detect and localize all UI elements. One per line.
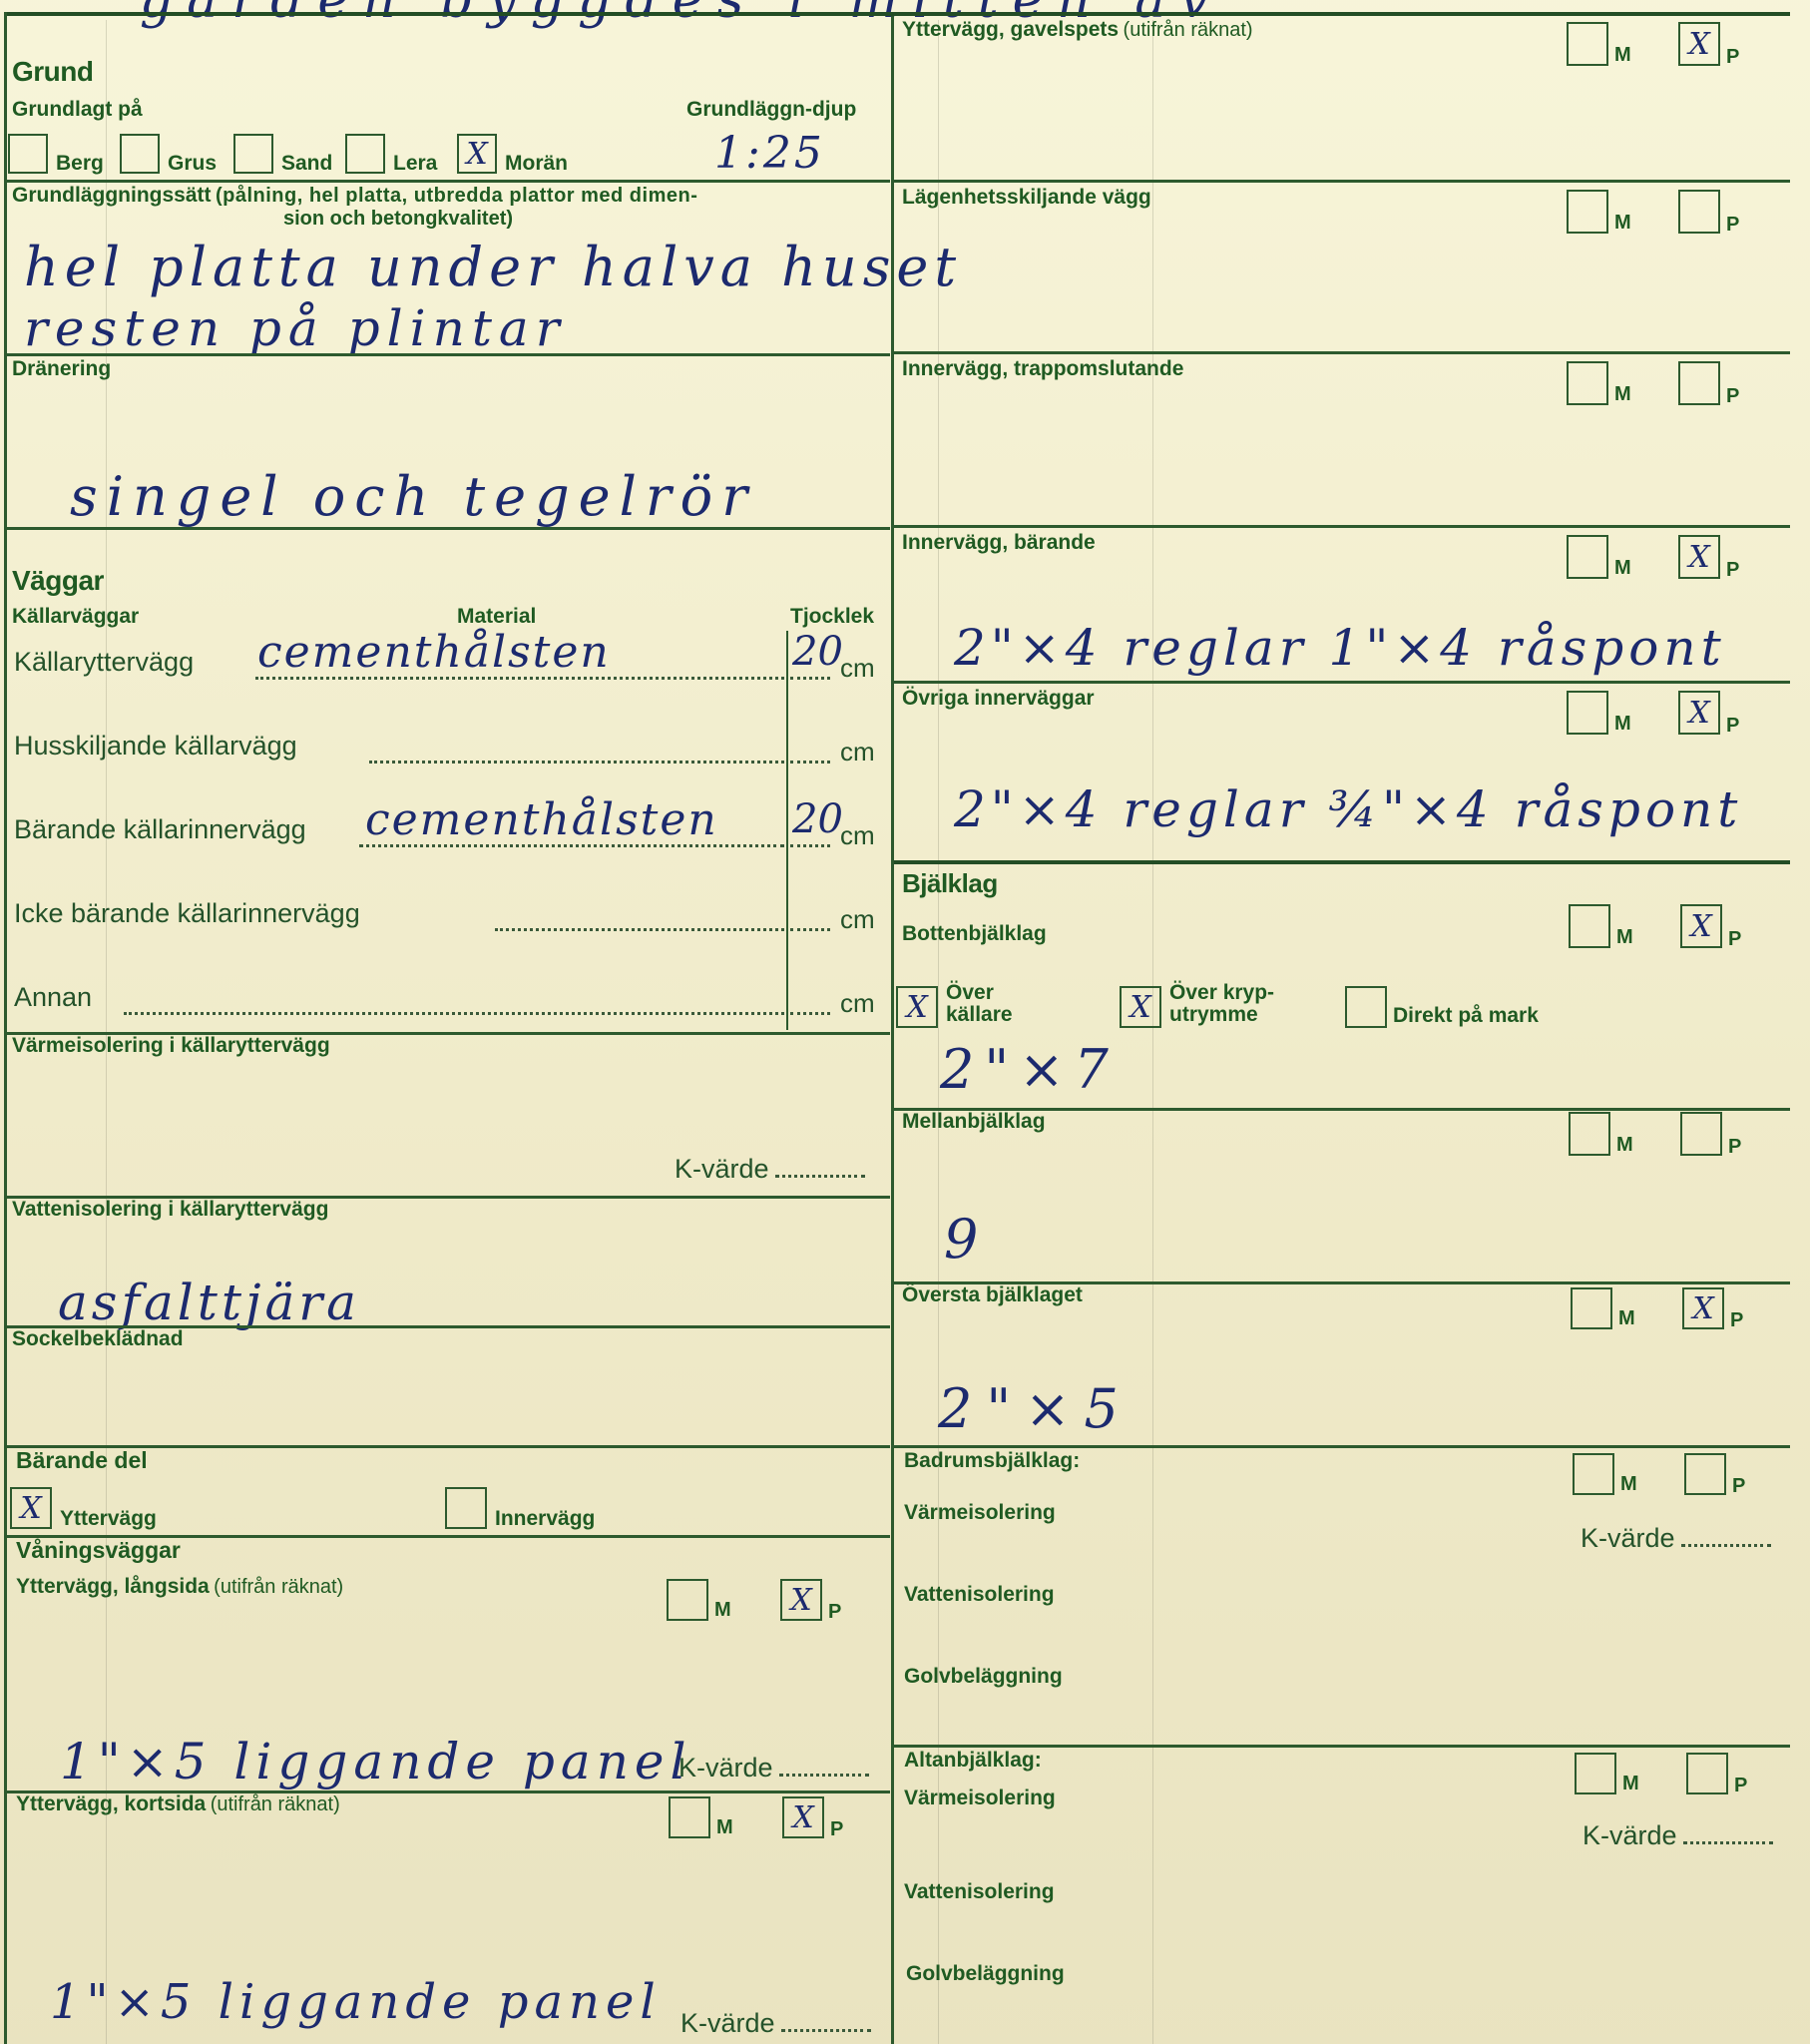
thickness-field[interactable]	[790, 677, 830, 680]
oversta-value[interactable]: 2"×5	[938, 1377, 1132, 1440]
tjocklek-header: Tjocklek	[790, 605, 874, 629]
option-label-grus: Grus	[168, 152, 217, 176]
mellanbjalklag-value[interactable]: 9	[944, 1208, 981, 1271]
rule	[894, 860, 1790, 864]
faint-guide	[938, 20, 939, 2044]
row-label: Icke bärande källarinnervägg	[14, 898, 360, 929]
varmeisolering-label: Värmeisolering i källaryttervägg	[12, 1034, 330, 1058]
faint-guide	[1152, 20, 1153, 2044]
label-bold: Innervägg, bärande	[902, 531, 1096, 554]
p-letter: P	[1726, 559, 1739, 582]
p-letter: P	[1728, 1136, 1741, 1159]
m-letter: M	[1618, 1307, 1635, 1330]
thickness-field[interactable]	[790, 928, 830, 931]
m-letter: M	[1614, 383, 1631, 406]
left-border	[4, 12, 7, 2044]
option-label-lera: Lera	[393, 152, 437, 176]
badrum-varme-label: Värmeisolering	[904, 1501, 1056, 1525]
material-field[interactable]	[124, 1012, 784, 1015]
grundlaggningssatt-label: Grundläggningssätt (pålning, hel platta,…	[12, 184, 886, 231]
barande-del-title: Bärande del	[16, 1447, 148, 1474]
section-value[interactable]: 2"×4 reglar ¾"×4 råspont	[954, 780, 1742, 838]
k-varde-field[interactable]: K-värde	[680, 2008, 871, 2039]
unit-cm: cm	[840, 904, 875, 935]
label-bold: Innervägg, trappomslutande	[902, 357, 1183, 380]
thickness-field[interactable]	[790, 844, 830, 847]
tjocklek-divider	[786, 631, 788, 1030]
p-letter: P	[1730, 1309, 1743, 1332]
label-bold: Yttervägg, gavelspets	[902, 18, 1119, 41]
checkbox-m[interactable]	[1567, 190, 1608, 234]
bottenbjalklag-value[interactable]: 2"×7	[940, 1038, 1119, 1101]
checkbox-mellan-p[interactable]	[1680, 1112, 1722, 1156]
kortsida-value[interactable]: 1"×5 liggande panel	[50, 1974, 662, 2030]
checkbox-kortsida-p[interactable]: X	[782, 1796, 824, 1838]
dranering-label: Dränering	[12, 357, 111, 381]
checkbox-badrum-p[interactable]	[1684, 1453, 1726, 1495]
label-bold: Yttervägg, långsida	[16, 1575, 210, 1598]
option-over-kryp: Över kryp- utrymme	[1169, 982, 1274, 1026]
line1: Över kryp-	[1169, 982, 1274, 1004]
checkbox-over-kallare[interactable]: X	[896, 986, 938, 1028]
label-bold: Övriga innerväggar	[902, 687, 1095, 710]
p-letter: P	[1728, 928, 1741, 951]
unit-cm: cm	[840, 988, 875, 1019]
vattenisolering-label: Vattenisolering i källaryttervägg	[12, 1198, 328, 1222]
label-bold: Lägenhetsskiljande vägg	[902, 186, 1151, 209]
rule	[894, 1445, 1790, 1448]
altan-vatten-label: Vattenisolering	[904, 1880, 1055, 1904]
checkbox-m[interactable]	[1567, 535, 1608, 579]
column-divider	[891, 16, 894, 2044]
k-varde-label: K-värde	[1583, 1820, 1677, 1850]
line2: utrymme	[1169, 1004, 1274, 1026]
altan-golv-label: Golvbeläggning	[906, 1962, 1065, 1986]
k-varde-field[interactable]: K-värde	[1583, 1820, 1773, 1851]
langsida-value[interactable]: 1"×5 liggande panel	[60, 1733, 692, 1790]
section-label: Innervägg, bärande	[902, 531, 1096, 555]
k-varde-label: K-värde	[679, 1753, 773, 1783]
k-varde-label: K-värde	[680, 2008, 775, 2038]
material-value[interactable]: cementhålsten	[257, 627, 611, 678]
m-letter: M	[1616, 1134, 1633, 1157]
kallarvaggar-label: Källarväggar	[12, 605, 139, 629]
vaningsvaggar-title: Våningsväggar	[16, 1537, 181, 1564]
checkbox-m[interactable]	[1567, 22, 1608, 66]
m-letter: M	[1614, 44, 1631, 67]
option-label-inner: Innervägg	[495, 1507, 595, 1531]
row-label: Husskiljande källarvägg	[14, 731, 297, 762]
unit-cm: cm	[840, 820, 875, 851]
p-letter: P	[1726, 46, 1739, 69]
material-header: Material	[457, 605, 536, 629]
checkbox-p[interactable]: X	[1678, 22, 1720, 66]
grundlaggningssatt-value-2[interactable]: resten på plintar	[24, 299, 567, 357]
label-hint: (pålning, hel platta, utbredda plattor m…	[216, 185, 697, 207]
m-letter: M	[1614, 713, 1631, 736]
altan-varme-label: Värmeisolering	[904, 1787, 1056, 1810]
section-label: Övriga innerväggar	[902, 687, 1095, 711]
option-over-kallare: Över källare	[946, 982, 1013, 1026]
checkbox-p[interactable]: X	[1678, 535, 1720, 579]
line1: Över	[946, 982, 1013, 1004]
checkbox-over-kryp[interactable]: X	[1120, 986, 1161, 1028]
p-letter: P	[828, 1601, 841, 1624]
checkbox-p[interactable]	[1678, 190, 1720, 234]
row-label: Källaryttervägg	[14, 647, 194, 678]
section-label: Innervägg, trappomslutande	[902, 357, 1183, 381]
label-hint: (utifrån räknat)	[214, 1576, 343, 1598]
label-hint: (utifrån räknat)	[1124, 19, 1253, 41]
top-rule	[6, 12, 1790, 16]
k-varde-field[interactable]: K-värde	[679, 1753, 869, 1784]
section-title-bjalklag: Bjälklag	[902, 868, 998, 899]
checkbox-berg[interactable]	[8, 134, 48, 174]
bottenbjalklag-label: Bottenbjälklag	[902, 922, 1047, 946]
checkbox-p[interactable]: X	[1678, 691, 1720, 735]
p-letter: P	[830, 1818, 843, 1841]
checkbox-altan-m[interactable]	[1575, 1753, 1616, 1794]
m-letter: M	[716, 1816, 733, 1839]
oversta-label: Översta bjälklaget	[902, 1283, 1083, 1307]
thickness-field[interactable]	[790, 761, 830, 764]
rule	[894, 525, 1790, 528]
badrum-golv-label: Golvbeläggning	[904, 1665, 1063, 1689]
grundlagt-pa-label: Grundlagt på	[12, 98, 143, 122]
badrum-label: Badrumsbjälklag:	[904, 1449, 1080, 1473]
section-label: Yttervägg, gavelspets (utifrån räknat)	[902, 18, 1253, 42]
m-letter: M	[1614, 212, 1631, 235]
checkbox-langsida-p[interactable]: X	[780, 1579, 822, 1621]
material-field[interactable]	[495, 928, 784, 931]
material-field[interactable]	[369, 761, 784, 764]
checkbox-altan-p[interactable]	[1686, 1753, 1728, 1794]
k-varde-label: K-värde	[675, 1154, 769, 1184]
p-letter: P	[1726, 385, 1739, 408]
rule	[894, 681, 1790, 684]
section-value[interactable]: 2"×4 reglar 1"×4 råspont	[954, 619, 1726, 677]
row-label: Annan	[14, 982, 92, 1013]
checkbox-moran[interactable]: X	[457, 134, 497, 174]
section-label: Lägenhetsskiljande vägg	[902, 186, 1151, 210]
checkbox-mellan-m[interactable]	[1569, 1112, 1610, 1156]
option-label-sand: Sand	[281, 152, 332, 176]
checkbox-ytter[interactable]: X	[10, 1487, 52, 1529]
checkbox-lera[interactable]	[345, 134, 385, 174]
grundlaggningssatt-value-1[interactable]: hel platta under halva huset	[24, 236, 962, 298]
checkbox-m[interactable]	[1567, 361, 1608, 405]
k-varde-label: K-värde	[1581, 1523, 1675, 1553]
sockel-label: Sockelbeklädnad	[12, 1327, 184, 1351]
p-letter: P	[1732, 1475, 1745, 1498]
section-title-grund: Grund	[12, 56, 94, 88]
option-label-moran: Morän	[505, 152, 568, 176]
checkbox-oversta-p[interactable]: X	[1682, 1287, 1724, 1329]
option-direkt-pa-mark: Direkt på mark	[1393, 1004, 1539, 1028]
p-letter: P	[1734, 1775, 1747, 1797]
checkbox-badrum-m[interactable]	[1573, 1453, 1614, 1495]
djup-value[interactable]: 1:25	[714, 128, 825, 179]
line2: källare	[946, 1004, 1013, 1026]
checkbox-direkt-pa-mark[interactable]	[1345, 986, 1387, 1028]
unit-cm: cm	[840, 737, 875, 767]
checkbox-sand[interactable]	[233, 134, 273, 174]
rule	[894, 1745, 1790, 1748]
rule	[6, 180, 890, 183]
option-label-berg: Berg	[56, 152, 104, 176]
checkbox-grus[interactable]	[120, 134, 160, 174]
m-letter: M	[1616, 926, 1633, 949]
m-letter: M	[1620, 1473, 1637, 1496]
rule	[894, 351, 1790, 354]
badrum-vatten-label: Vattenisolering	[904, 1583, 1055, 1607]
djup-label: Grundläggn-djup	[686, 98, 856, 122]
dranering-value[interactable]: singel och tegelrör	[70, 465, 756, 528]
checkbox-m[interactable]	[1567, 691, 1608, 735]
rule	[6, 353, 890, 356]
rule	[894, 180, 1790, 183]
checkbox-langsida-m[interactable]	[667, 1579, 708, 1621]
k-varde-field[interactable]: K-värde	[1581, 1523, 1771, 1554]
altan-label: Altanbjälklag:	[904, 1749, 1042, 1773]
p-letter: P	[1726, 715, 1739, 738]
thickness-field[interactable]	[790, 1012, 830, 1015]
m-letter: M	[714, 1599, 731, 1622]
checkbox-botten-p[interactable]: X	[1680, 904, 1722, 948]
label-hint: (utifrån räknat)	[211, 1793, 340, 1815]
m-letter: M	[1622, 1773, 1639, 1795]
material-value[interactable]: cementhålsten	[365, 794, 718, 845]
checkbox-p[interactable]	[1678, 361, 1720, 405]
thickness-value[interactable]: 20	[792, 629, 843, 675]
vattenisolering-value[interactable]: asfalttjära	[58, 1274, 360, 1331]
section-title-vaggar: Väggar	[12, 565, 104, 597]
checkbox-inner[interactable]	[445, 1487, 487, 1529]
m-letter: M	[1614, 557, 1631, 580]
k-varde-field[interactable]: K-värde	[675, 1154, 865, 1185]
option-label-ytter: Yttervägg	[60, 1507, 157, 1531]
checkbox-oversta-m[interactable]	[1571, 1287, 1612, 1329]
p-letter: P	[1726, 214, 1739, 237]
thickness-value[interactable]: 20	[792, 796, 843, 842]
checkbox-botten-m[interactable]	[1569, 904, 1610, 948]
langsida-label: Yttervägg, långsida (utifrån räknat)	[16, 1575, 343, 1599]
kortsida-label: Yttervägg, kortsida (utifrån räknat)	[16, 1792, 340, 1816]
row-label: Bärande källarinnervägg	[14, 814, 306, 845]
checkbox-kortsida-m[interactable]	[669, 1796, 710, 1838]
label-hint-2: sion och betongkvalitet)	[283, 208, 886, 231]
unit-cm: cm	[840, 653, 875, 684]
rule	[6, 527, 890, 530]
mellanbjalklag-label: Mellanbjälklag	[902, 1110, 1046, 1134]
label-bold: Yttervägg, kortsida	[16, 1792, 206, 1815]
label-bold: Grundläggningssätt	[12, 184, 212, 207]
